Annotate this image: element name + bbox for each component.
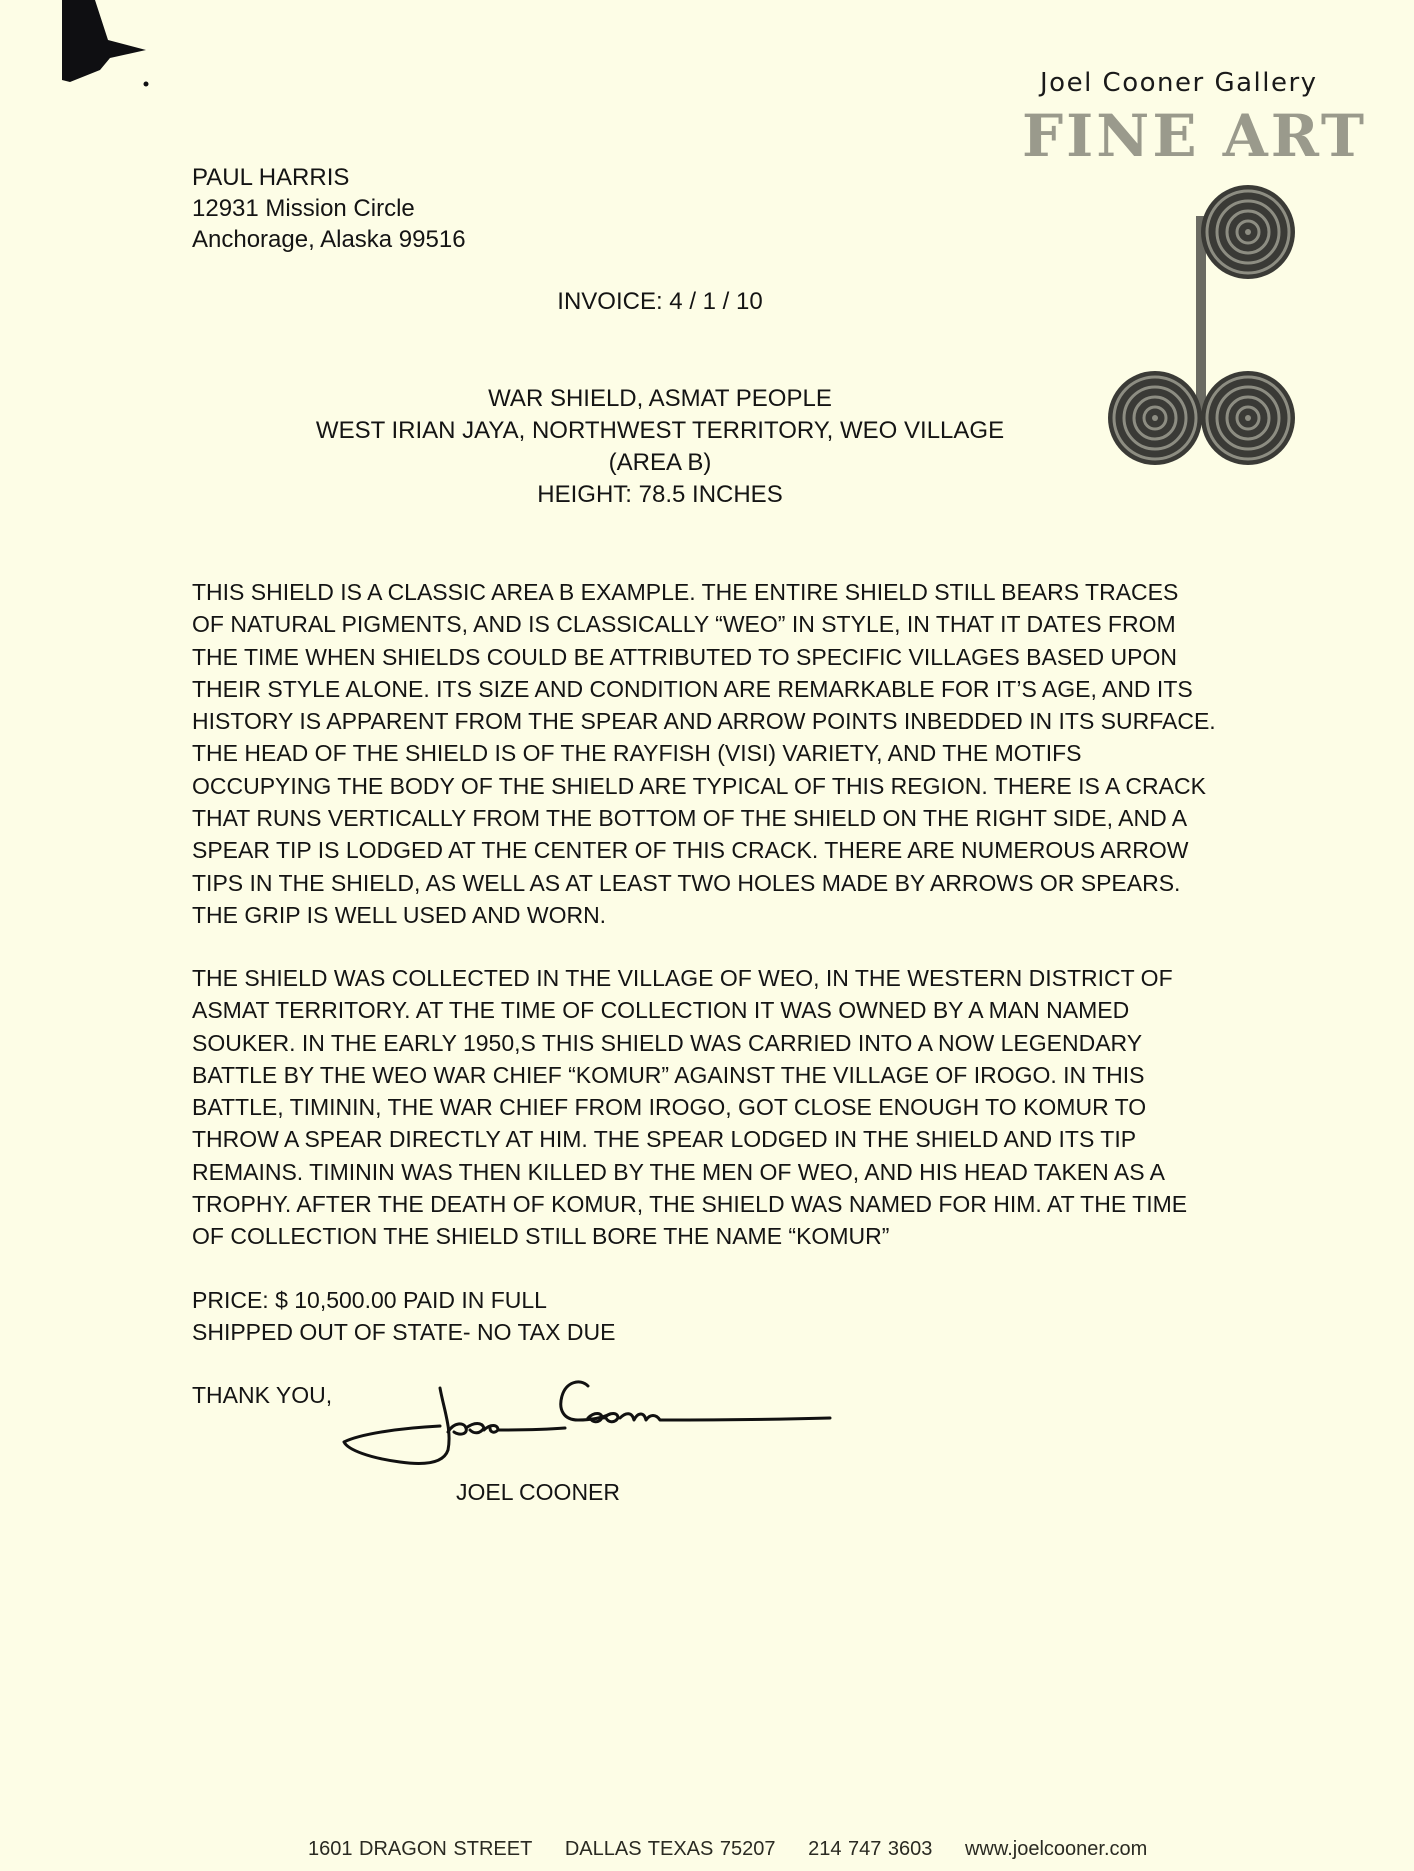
recipient-address: PAUL HARRIS 12931 Mission Circle Anchora… <box>192 162 466 255</box>
thank-you-text: THANK YOU, <box>192 1382 332 1409</box>
description-paragraph-2: THE SHIELD WAS COLLECTED IN THE VILLAGE … <box>192 962 1252 1253</box>
text-line: TROPHY. AFTER THE DEATH OF KOMUR, THE SH… <box>192 1188 1252 1220</box>
recipient-name: PAUL HARRIS <box>192 162 466 193</box>
text-line: HISTORY IS APPARENT FROM THE SPEAR AND A… <box>192 705 1252 737</box>
text-line: THE GRIP IS WELL USED AND WORN. <box>192 899 1252 931</box>
description-paragraph-1: THIS SHIELD IS A CLASSIC AREA B EXAMPLE.… <box>192 576 1252 931</box>
footer-city: DALLAS TEXAS 75207 <box>565 1838 776 1860</box>
scan-corner-mark-icon <box>60 0 150 90</box>
footer-street: 1601 DRAGON STREET <box>308 1838 532 1860</box>
item-title: WAR SHIELD, ASMAT PEOPLE <box>10 383 1310 415</box>
invoice-date: INVOICE: 4 / 1 / 10 <box>10 286 1310 318</box>
text-line: THEIR STYLE ALONE. ITS SIZE AND CONDITIO… <box>192 673 1252 705</box>
fine-art-tagline: FINE ART <box>1022 102 1367 170</box>
item-height: HEIGHT: 78.5 INCHES <box>10 479 1310 511</box>
text-line: OF COLLECTION THE SHIELD STILL BORE THE … <box>192 1220 1252 1252</box>
text-line: BATTLE BY THE WEO WAR CHIEF “KOMUR” AGAI… <box>192 1059 1252 1091</box>
text-line: THIS SHIELD IS A CLASSIC AREA B EXAMPLE.… <box>192 576 1252 608</box>
recipient-city: Anchorage, Alaska 99516 <box>192 224 466 255</box>
signer-name: JOEL COONER <box>456 1479 620 1506</box>
footer-phone: 214 747 3603 <box>808 1838 932 1860</box>
recipient-street: 12931 Mission Circle <box>192 193 466 224</box>
price-line: PRICE: $ 10,500.00 PAID IN FULL <box>192 1284 615 1316</box>
footer-contact: 1601 DRAGON STREET DALLAS TEXAS 75207 21… <box>308 1838 1173 1861</box>
tax-note: SHIPPED OUT OF STATE- NO TAX DUE <box>192 1316 615 1348</box>
handwritten-signature-icon <box>340 1370 940 1480</box>
text-line: SPEAR TIP IS LODGED AT THE CENTER OF THI… <box>192 834 1252 866</box>
text-line: THE TIME WHEN SHIELDS COULD BE ATTRIBUTE… <box>192 641 1252 673</box>
text-line: THAT RUNS VERTICALLY FROM THE BOTTOM OF … <box>192 802 1252 834</box>
gallery-name: Joel Cooner Gallery <box>1040 68 1318 98</box>
text-line: BATTLE, TIMININ, THE WAR CHIEF FROM IROG… <box>192 1091 1252 1123</box>
footer-website[interactable]: www.joelcooner.com <box>965 1838 1147 1860</box>
text-line: OCCUPYING THE BODY OF THE SHIELD ARE TYP… <box>192 770 1252 802</box>
item-area: (AREA B) <box>10 447 1310 479</box>
text-line: THE SHIELD WAS COLLECTED IN THE VILLAGE … <box>192 962 1252 994</box>
text-line: THE HEAD OF THE SHIELD IS OF THE RAYFISH… <box>192 737 1252 769</box>
text-line: TIPS IN THE SHIELD, AS WELL AS AT LEAST … <box>192 867 1252 899</box>
text-line: OF NATURAL PIGMENTS, AND IS CLASSICALLY … <box>192 608 1252 640</box>
text-line: REMAINS. TIMININ WAS THEN KILLED BY THE … <box>192 1156 1252 1188</box>
payment-info: PRICE: $ 10,500.00 PAID IN FULL SHIPPED … <box>192 1284 615 1348</box>
text-line: SOUKER. IN THE EARLY 1950,S THIS SHIELD … <box>192 1027 1252 1059</box>
text-line: THROW A SPEAR DIRECTLY AT HIM. THE SPEAR… <box>192 1123 1252 1155</box>
text-line: ASMAT TERRITORY. AT THE TIME OF COLLECTI… <box>192 994 1252 1026</box>
item-origin: WEST IRIAN JAYA, NORTHWEST TERRITORY, WE… <box>10 415 1310 447</box>
item-details: WAR SHIELD, ASMAT PEOPLE WEST IRIAN JAYA… <box>10 383 1310 511</box>
